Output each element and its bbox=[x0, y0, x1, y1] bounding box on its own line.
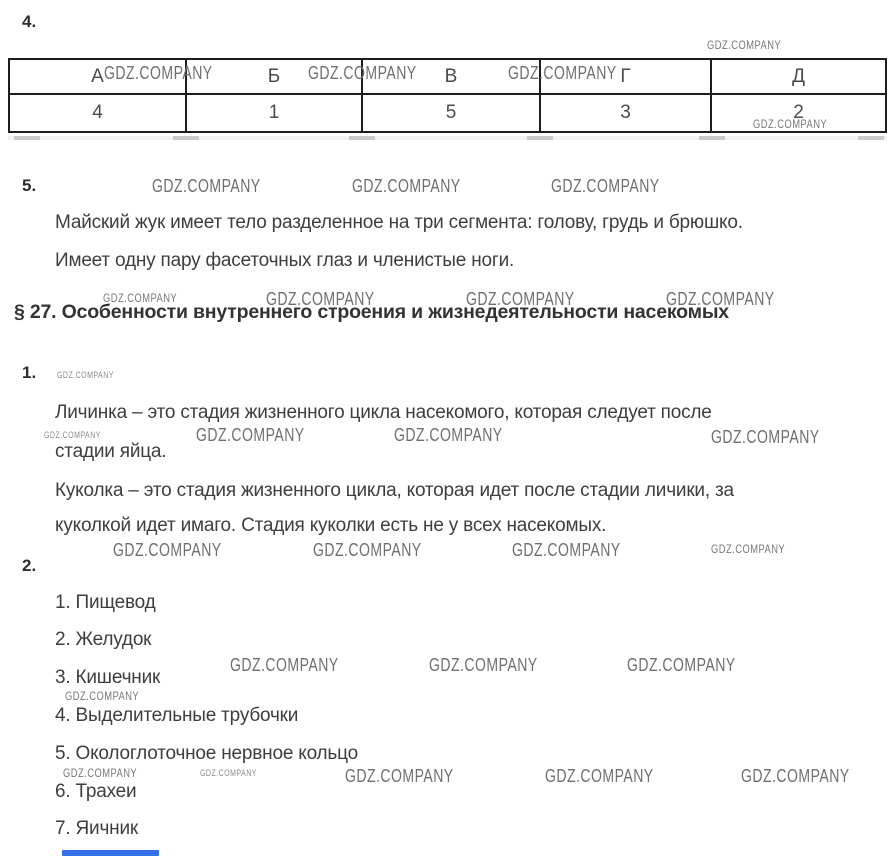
table-value-cell: 3 bbox=[541, 93, 712, 131]
task-1-line: стадии яйца. bbox=[55, 442, 166, 463]
watermark: GDZ.COMPANY bbox=[753, 118, 827, 130]
watermark: GDZ.COMPANY bbox=[57, 371, 114, 380]
watermark: GDZ.COMPANY bbox=[113, 541, 222, 559]
watermark: GDZ.COMPANY bbox=[44, 431, 101, 440]
watermark: GDZ.COMPANY bbox=[152, 177, 261, 195]
table-shadow-tick bbox=[699, 136, 725, 140]
watermark: GDZ.COMPANY bbox=[352, 177, 461, 195]
task-5-label: 5. bbox=[22, 177, 36, 194]
watermark: GDZ.COMPANY bbox=[104, 64, 213, 82]
task-5-paragraph: Майский жук имеет тело разделенное на тр… bbox=[55, 213, 743, 234]
watermark: GDZ.COMPANY bbox=[741, 767, 850, 785]
section-heading: § 27. Особенности внутреннего строения и… bbox=[14, 303, 729, 323]
task-1-line: Личинка – это стадия жизненного цикла на… bbox=[55, 403, 712, 424]
watermark: GDZ.COMPANY bbox=[551, 177, 660, 195]
watermark: GDZ.COMPANY bbox=[63, 767, 137, 779]
table-shadow bbox=[8, 136, 887, 140]
bottom-blue-bar bbox=[62, 850, 159, 856]
list-item: 7. Яичник bbox=[55, 819, 138, 840]
watermark: GDZ.COMPANY bbox=[508, 64, 617, 82]
table-value-cell: 4 bbox=[10, 93, 187, 131]
table-header-cell: Д bbox=[712, 60, 885, 93]
table-shadow-tick bbox=[173, 136, 199, 140]
watermark: GDZ.COMPANY bbox=[627, 656, 736, 674]
watermark: GDZ.COMPANY bbox=[711, 543, 785, 555]
task-1-line: куколкой идет имаго. Стадия куколки есть… bbox=[55, 516, 606, 537]
task-1-label: 1. bbox=[22, 364, 36, 381]
task-5-paragraph: Имеет одну пару фасеточных глаз и членис… bbox=[55, 251, 514, 272]
list-item: 6. Трахеи bbox=[55, 782, 136, 803]
task-1-line: Куколка – это стадия жизненного цикла, к… bbox=[55, 481, 734, 502]
watermark: GDZ.COMPANY bbox=[707, 39, 781, 51]
watermark: GDZ.COMPANY bbox=[313, 541, 422, 559]
watermark: GDZ.COMPANY bbox=[429, 656, 538, 674]
watermark: GDZ.COMPANY bbox=[308, 64, 417, 82]
table-shadow-tick bbox=[349, 136, 375, 140]
list-item: 2. Желудок bbox=[55, 630, 151, 651]
table-value-cell: 1 bbox=[187, 93, 363, 131]
task-2-label: 2. bbox=[22, 557, 36, 574]
list-item: 5. Окологлоточное нервное кольцо bbox=[55, 744, 358, 765]
watermark: GDZ.COMPANY bbox=[711, 428, 820, 446]
watermark: GDZ.COMPANY bbox=[345, 767, 454, 785]
table-value-cell: 5 bbox=[363, 93, 541, 131]
watermark: GDZ.COMPANY bbox=[230, 656, 339, 674]
table-shadow-tick bbox=[858, 136, 884, 140]
document-page: 4. GDZ.COMPANY А Б В Г Д 4 1 5 3 2 GDZ.C… bbox=[0, 0, 895, 856]
table-shadow-tick bbox=[527, 136, 553, 140]
task-4-label: 4. bbox=[22, 13, 36, 30]
watermark: GDZ.COMPANY bbox=[512, 541, 621, 559]
watermark: GDZ.COMPANY bbox=[196, 426, 305, 444]
watermark: GDZ.COMPANY bbox=[65, 690, 139, 702]
table-shadow-tick bbox=[14, 136, 40, 140]
list-item: 3. Кишечник bbox=[55, 668, 160, 689]
list-item: 4. Выделительные трубочки bbox=[55, 706, 298, 727]
list-item: 1. Пищевод bbox=[55, 593, 156, 614]
watermark: GDZ.COMPANY bbox=[545, 767, 654, 785]
watermark: GDZ.COMPANY bbox=[200, 769, 257, 778]
watermark: GDZ.COMPANY bbox=[394, 426, 503, 444]
